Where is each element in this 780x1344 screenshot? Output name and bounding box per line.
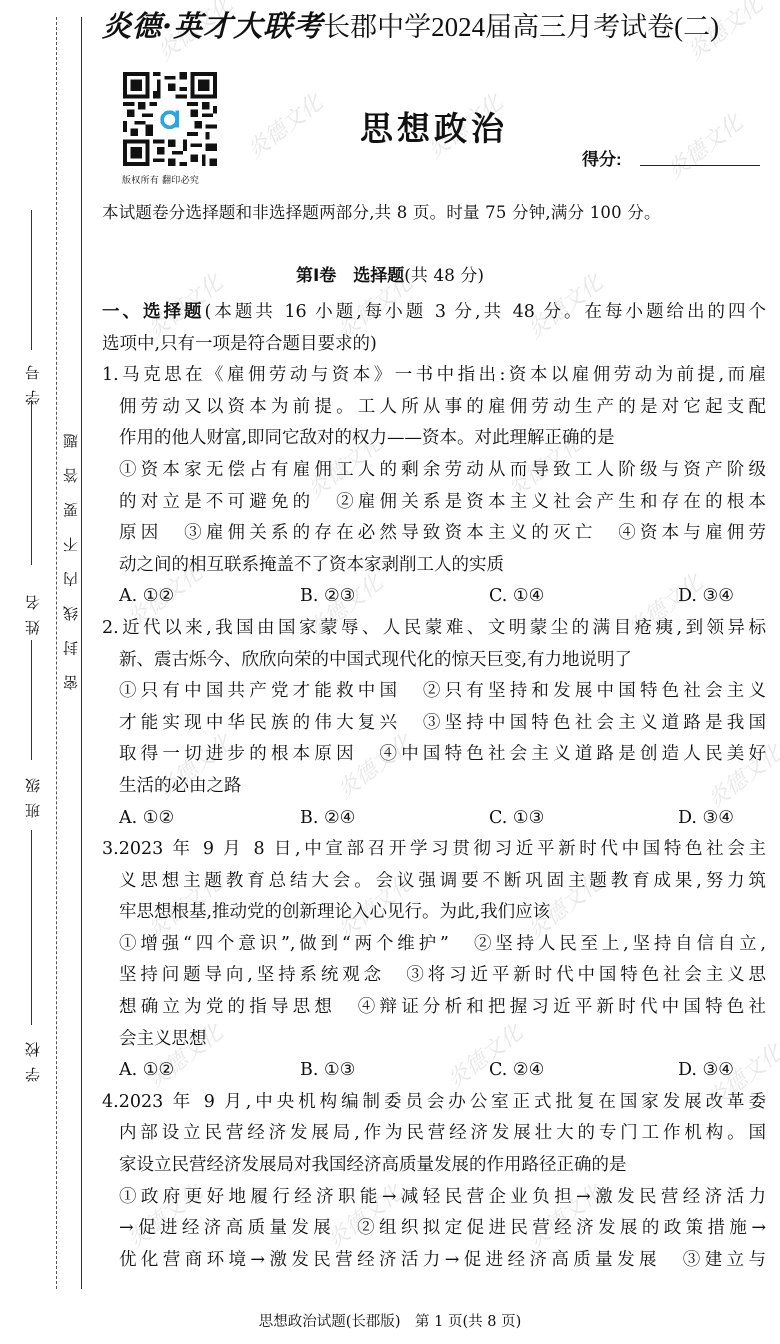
page-footer: 思想政治试题(长郡版) 第 1 页(共 8 页) [0,1310,780,1331]
option-a[interactable]: A. ①② [119,803,300,835]
school-label: 学校 [22,1032,43,1082]
school-blank[interactable] [31,830,32,1025]
score-label: 得分: [582,145,622,170]
question-3: 3.2023 年 9 月 8 日,中宣部召开学习贯彻习近平新时代中国特色社会主 … [102,834,766,1087]
qr-caption: 版权所有 翻印必究 [122,173,199,186]
option-d[interactable]: D. ③④ [678,581,734,613]
fold-line-dotted [56,17,57,1289]
question-stem: 新、震古烁今、欣欣向荣的中国式现代化的惊天巨变,有力地说明了 [102,645,766,677]
qr-code-icon [123,72,217,166]
option-b[interactable]: B. ②④ [300,803,489,835]
answer-options: A. ①② B. ②③ C. ①④ D. ③④ [102,581,766,613]
question-statement: ①政府更好地履行经济职能→减轻民营企业负担→激发民营经济活力 [102,1182,766,1214]
option-c[interactable]: C. ②④ [489,1055,678,1087]
question-stem: 牢思想根基,推动党的创新理论入心见行。为此,我们应该 [102,897,766,929]
name-label: 姓名 [22,585,43,635]
class-field[interactable]: 班级 [22,640,42,830]
option-b[interactable]: B. ②③ [300,581,489,613]
seal-line-solid [81,17,82,1289]
exam-instructions: 本试题卷分选择题和非选择题两部分,共 8 页。时量 75 分钟,满分 100 分… [102,199,661,223]
question-stem: 义思想主题教育总结大会。会议强调要不断巩固主题教育成果,努力筑 [102,866,766,898]
question-stem: 佣劳动又以资本为前提。工人所从事的雇佣劳动生产的是对它起支配 [102,392,766,424]
subject-title: 思想政治 [360,103,508,150]
student-id-label: 学号 [22,355,43,405]
option-d[interactable]: D. ③④ [678,1055,734,1087]
question-statement: ①只有中国共产党才能救中国 ②只有坚持和发展中国特色社会主义 [102,676,766,708]
watermark: 炎德文化 [240,86,328,165]
option-c[interactable]: C. ①③ [489,803,678,835]
question-body: 一、选择题(本题共 16 小题,每小题 3 分,共 48 分。在每小题给出的四个… [102,297,766,1276]
question-number: 3. [102,839,119,859]
seal-line-warning: 密封线内不要答题 [60,414,78,690]
section-heading-cont: 选项中,只有一项是符合题目要求的) [102,329,766,361]
section-heading: 一、选择题(本题共 16 小题,每小题 3 分,共 48 分。在每小题给出的四个 [102,297,766,329]
question-statement: 的对立是不可避免的 ②雇佣关系是资本主义社会产生和存在的根本 [102,487,766,519]
name-blank[interactable] [31,400,32,565]
section-heading-desc: (本题共 16 小题,每小题 3 分,共 48 分。在每小题给出的四个 [205,302,767,322]
question-statement: ①增强“四个意识”,做到“两个维护” ②坚持人民至上,坚持自信自立, [102,929,766,961]
exam-brand: 炎德·英才大联考 [102,9,323,43]
question-4: 4.2023 年 9 月,中央机构编制委员会办公室正式批复在国家发展改革委 内部… [102,1087,766,1277]
exam-name: 长郡中学2024届高三月考试卷(二) [323,12,719,42]
question-stem: 内部设立民营经济发展局,作为民营经济发展壮大的专门工作机构。国 [102,1118,766,1150]
part-title: 第Ⅰ卷 选择题(共 48 分) [0,261,780,286]
question-number: 1. [102,365,119,385]
question-statement: 才能实现中华民族的伟大复兴 ③坚持中国特色社会主义道路是我国 [102,708,766,740]
question-stem: 马克思在《雇佣劳动与资本》一书中指出:资本以雇佣劳动为前提,而雇 [119,365,766,385]
answer-options: A. ①② B. ②④ C. ①③ D. ③④ [102,803,766,835]
question-2: 2.近代以来,我国由国家蒙辱、人民蒙难、文明蒙尘的满目疮痍,到领异标 新、震古烁… [102,613,766,834]
exam-title: 炎德·英才大联考长郡中学2024届高三月考试卷(二) [102,6,772,47]
option-c[interactable]: C. ①④ [489,581,678,613]
question-stem: 2023 年 9 月 8 日,中宣部召开学习贯彻习近平新时代中国特色社会主 [119,839,766,859]
option-a[interactable]: A. ①② [119,1055,300,1087]
question-statement: 优化营商环境→激发民营经济活力→促进经济高质量发展 ③建立与 [102,1245,766,1277]
qr-code[interactable] [123,72,217,166]
name-field[interactable]: 姓名 [22,400,42,640]
question-number: 2. [102,618,119,638]
question-statement: 动之间的相互联系掩盖不了资本家剥削工人的实质 [102,550,766,582]
option-b[interactable]: B. ①③ [300,1055,489,1087]
class-blank[interactable] [31,640,32,760]
question-statement: →促进经济高质量发展 ②组织拟定促进民营经济发展的政策措施→ [102,1213,766,1245]
question-statement: 生活的必由之路 [102,771,766,803]
question-statement: 取得一切进步的根本原因 ④中国特色社会主义道路是创造人民美好 [102,739,766,771]
part-title-points: (共 48 分) [404,266,484,286]
option-d[interactable]: D. ③④ [678,803,734,835]
option-a[interactable]: A. ①② [119,581,300,613]
student-id-field[interactable]: 学号 [22,210,42,400]
question-statement: ①资本家无偿占有雇佣工人的剩余劳动从而导致工人阶级与资产阶级 [102,455,766,487]
score-blank[interactable] [640,165,760,166]
question-statement: 想确立为党的指导思想 ④辩证分析和把握习近平新时代中国特色社 [102,992,766,1024]
question-stem: 作用的他人财富,即同它敌对的权力——资本。对此理解正确的是 [102,423,766,455]
school-field[interactable]: 学校 [22,830,42,1080]
class-label: 班级 [22,768,43,818]
section-heading-bold: 一、选择题 [102,302,205,322]
question-1: 1.马克思在《雇佣劳动与资本》一书中指出:资本以雇佣劳动为前提,而雇 佣劳动又以… [102,360,766,613]
watermark: 炎德文化 [660,106,748,185]
question-stem: 近代以来,我国由国家蒙辱、人民蒙难、文明蒙尘的满目疮痍,到领异标 [119,618,766,638]
question-statement: 原因 ③雇佣关系的存在必然导致资本主义的灭亡 ④资本与雇佣劳 [102,518,766,550]
question-stem: 2023 年 9 月,中央机构编制委员会办公室正式批复在国家发展改革委 [119,1092,766,1112]
question-statement: 坚持问题导向,坚持系统观念 ③将习近平新时代中国特色社会主义思 [102,960,766,992]
question-stem: 家设立民营经济发展局对我国经济高质量发展的作用路径正确的是 [102,1150,766,1182]
question-statement: 会主义思想 [102,1024,766,1056]
answer-options: A. ①② B. ①③ C. ②④ D. ③④ [102,1055,766,1087]
part-title-bold: 第Ⅰ卷 选择题 [296,266,404,286]
question-number: 4. [102,1092,119,1112]
